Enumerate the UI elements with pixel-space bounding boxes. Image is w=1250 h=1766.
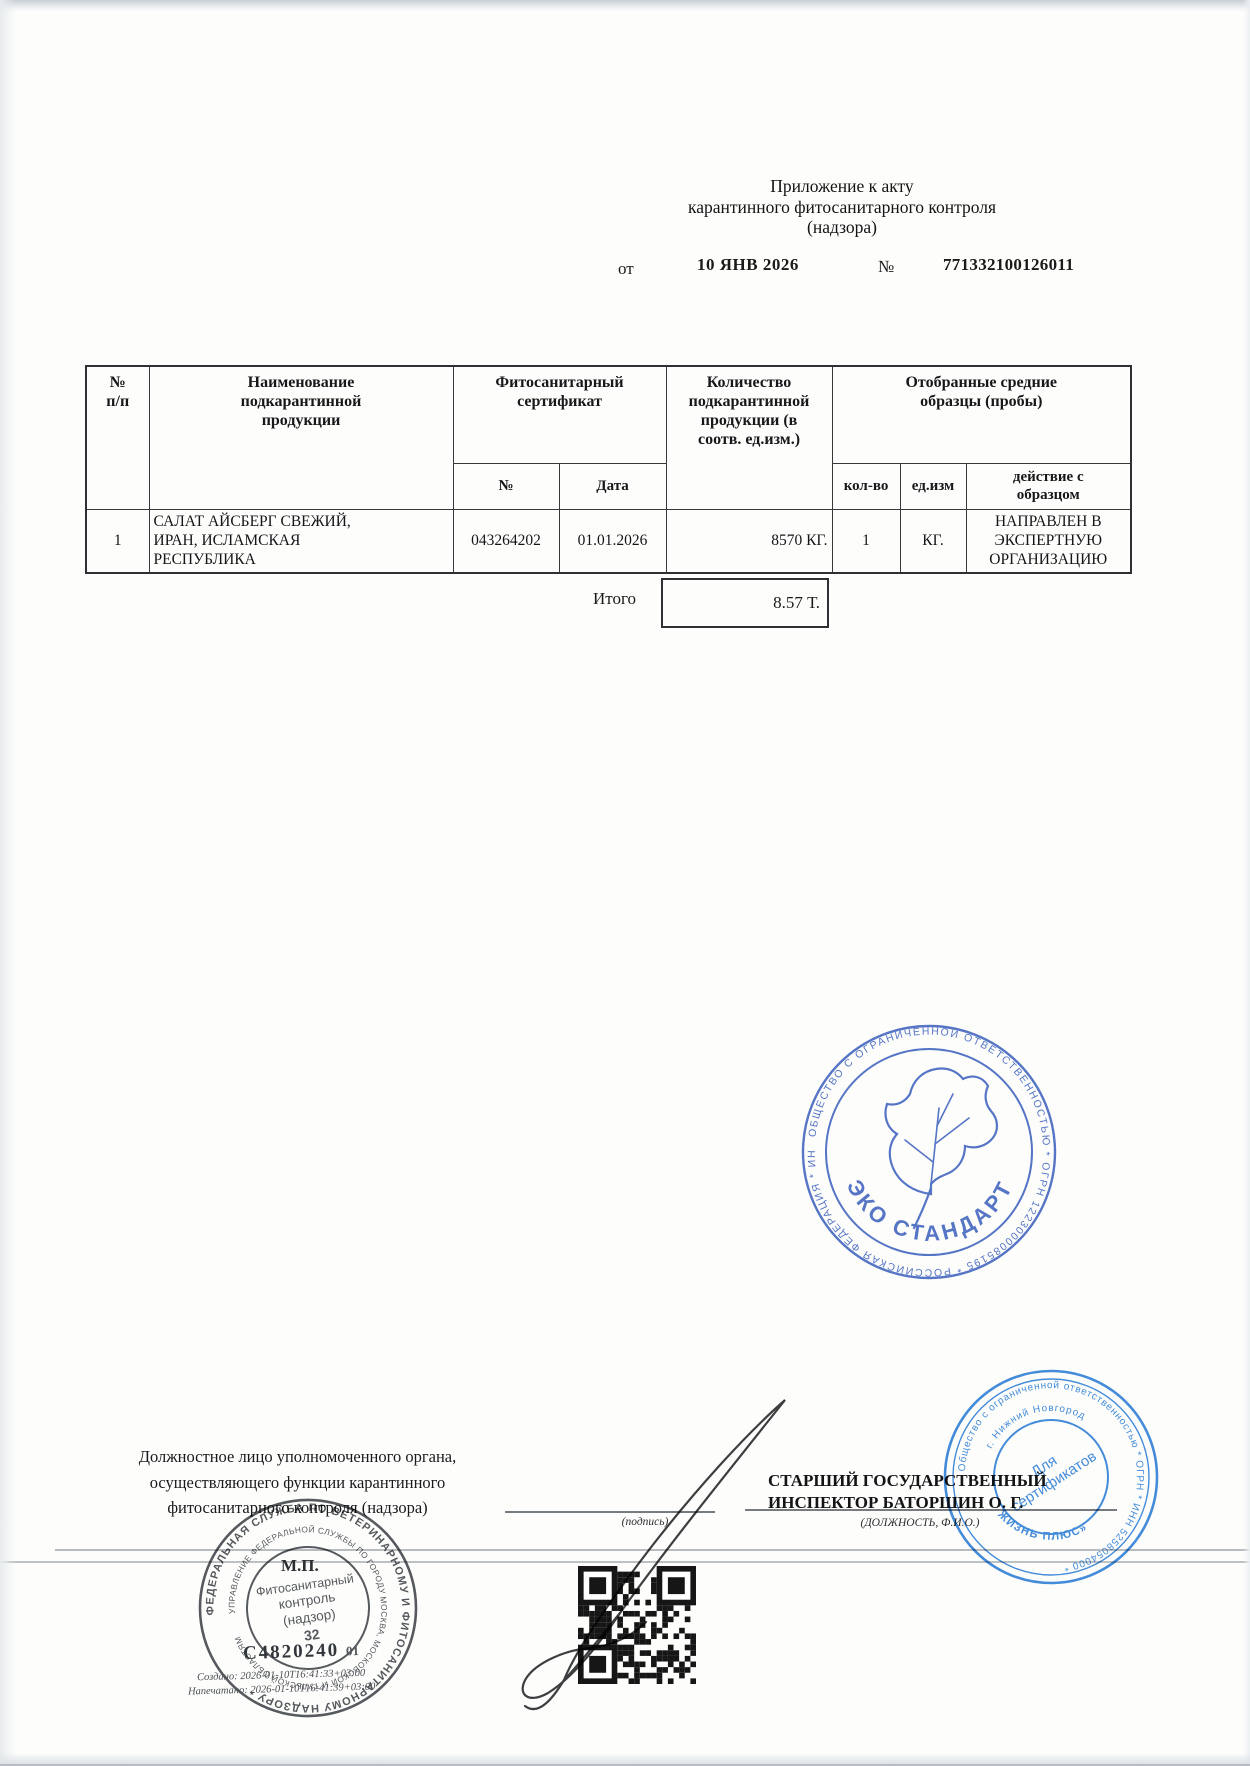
cell-sample-action: НАПРАВЛЕН В ЭКСПЕРТНУЮ ОРГАНИЗАЦИЮ xyxy=(966,509,1131,573)
cell-sample-qty: 1 xyxy=(832,509,900,573)
cell-quantity: 8570 КГ. xyxy=(666,509,832,573)
stamp-code: С4820240 01 xyxy=(243,1639,360,1665)
stamp-code-suffix: 01 xyxy=(346,1643,360,1658)
inspection-center-text: Фитосанитарный контроль (надзор) 32 xyxy=(255,1571,362,1649)
subheader-sample-action: действие с образцом xyxy=(966,463,1131,509)
from-label: от xyxy=(618,259,634,279)
subheader-sample-qty: кол-во xyxy=(832,463,900,509)
date-stamp-value: 10 ЯНВ 2026 xyxy=(697,255,799,275)
certificates-center-text: Для сертификатов xyxy=(999,1433,1100,1516)
scan-edge-right xyxy=(1243,0,1250,1766)
cell-product: САЛАТ АЙСБЕРГ СВЕЖИЙ, ИРАН, ИСЛАМСКАЯ РЕ… xyxy=(149,509,453,573)
certificates-stamp: Общество с ограниченной ответственностью… xyxy=(936,1362,1166,1592)
scanned-document-page: Приложение к акту карантинного фитосанит… xyxy=(0,0,1250,1766)
number-label: № xyxy=(878,257,894,277)
header-quantity: Количество подкарантинной продукции (в с… xyxy=(666,366,832,509)
header-samples: Отобранные средние образцы (пробы) xyxy=(832,366,1131,463)
table-row: 1 САЛАТ АЙСБЕРГ СВЕЖИЙ, ИРАН, ИСЛАМСКАЯ … xyxy=(86,509,1131,573)
products-table: № п/п Наименование подкарантинной продук… xyxy=(85,365,1132,574)
total-label: Итого xyxy=(530,589,636,609)
title-line-3: (надзора) xyxy=(542,217,1142,238)
header-index: № п/п xyxy=(86,366,149,509)
subheader-cert-number: № xyxy=(453,463,559,509)
total-box: 8.57 Т. xyxy=(661,578,829,628)
cell-sample-unit: КГ. xyxy=(900,509,966,573)
subheader-sample-unit: ед.изм xyxy=(900,463,966,509)
document-title: Приложение к акту карантинного фитосанит… xyxy=(542,176,1142,238)
certificates-company-text: ЖИЗНЬ ПЛЮС» xyxy=(995,1508,1090,1543)
total-value: 8.57 Т. xyxy=(773,580,820,626)
cell-cert-date: 01.01.2026 xyxy=(559,509,666,573)
scan-edge-bottom xyxy=(0,1753,1250,1766)
scan-edge-top xyxy=(0,0,1250,12)
certificates-city-text: г. Нижний Новгород xyxy=(984,1403,1087,1450)
title-line-1: Приложение к акту xyxy=(542,176,1142,197)
eco-standart-stamp: ОБЩЕСТВО С ОГРАНИЧЕННОЙ ОТВЕТСТВЕННОСТЬЮ… xyxy=(793,1016,1065,1288)
cell-index: 1 xyxy=(86,509,149,573)
cell-cert-number: 043264202 xyxy=(453,509,559,573)
scan-edge-left xyxy=(0,0,16,1766)
number-value: 771332100126011 xyxy=(943,255,1074,275)
stamp-code-value: С4820240 xyxy=(243,1640,340,1664)
title-line-2: карантинного фитосанитарного контроля xyxy=(542,197,1142,218)
header-product: Наименование подкарантинной продукции xyxy=(149,366,453,509)
subheader-cert-date: Дата xyxy=(559,463,666,509)
official-line-1: Должностное лицо уполномоченного органа, xyxy=(100,1444,495,1470)
handwritten-signature xyxy=(480,1378,820,1718)
header-certificate: Фитосанитарный сертификат xyxy=(453,366,666,463)
